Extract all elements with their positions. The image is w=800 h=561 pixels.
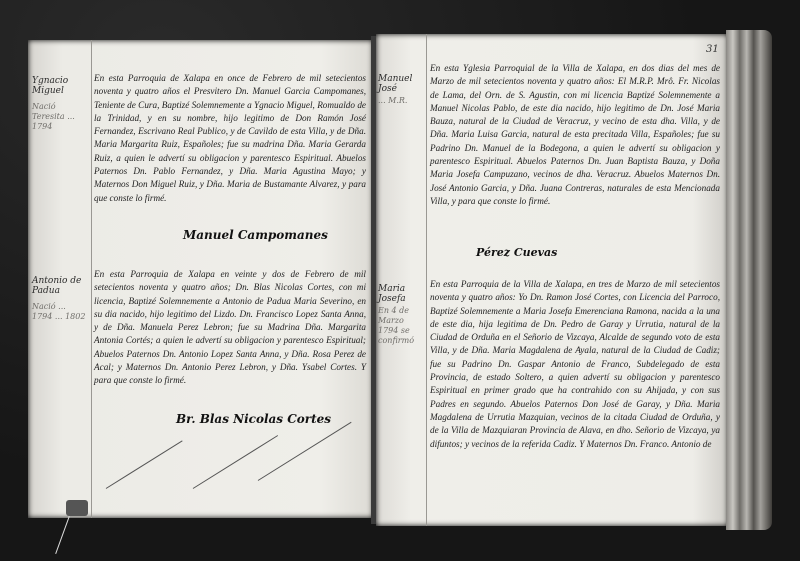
signature-entry-1: Manuel Campomanes	[183, 228, 328, 242]
margin-name-entry-3: Manuel José	[378, 74, 424, 94]
margin-name-entry-4: Maria Josefa	[378, 284, 424, 304]
book-page-edges	[726, 30, 772, 530]
margin-name-entry-2: Antonio de Padua	[32, 276, 88, 296]
margin-rule	[91, 40, 92, 518]
baptism-entry-2: En esta Parroquia de Xalapa en veinte y …	[94, 268, 366, 388]
margin-annotation-entry-3: ... M.R.	[378, 96, 424, 106]
baptism-entry-3: En esta Yglesia Parroquial de la Villa d…	[430, 62, 720, 208]
margin-annotation-entry-1: Nació Teresita ... 1794	[32, 102, 88, 132]
cancellation-stroke	[258, 422, 352, 481]
right-page: 31 Manuel José ... M.R. En esta Yglesia …	[376, 34, 728, 526]
bookmark-tab	[66, 500, 88, 516]
folio-number: 31	[706, 44, 719, 55]
margin-annotation-entry-2: Nació ... 1794 ... 1802	[32, 302, 88, 322]
left-page: Ygnacio Miguel Nació Teresita ... 1794 E…	[28, 40, 373, 518]
cancellation-stroke	[106, 440, 183, 489]
margin-annotation-entry-4: En 4 de Marzo 1794 se confirmó	[378, 306, 424, 346]
baptism-entry-4: En esta Parroquia de la Villa de Xalapa,…	[430, 278, 720, 451]
margin-rule	[426, 34, 427, 526]
margin-name-entry-1: Ygnacio Miguel	[32, 76, 88, 96]
baptism-entry-1: En esta Parroquia de Xalapa en once de F…	[94, 72, 366, 205]
signature-entry-3: Pérez Cuevas	[476, 246, 557, 259]
signature-entry-2: Br. Blas Nicolas Cortes	[176, 412, 331, 426]
cancellation-stroke	[193, 435, 278, 489]
